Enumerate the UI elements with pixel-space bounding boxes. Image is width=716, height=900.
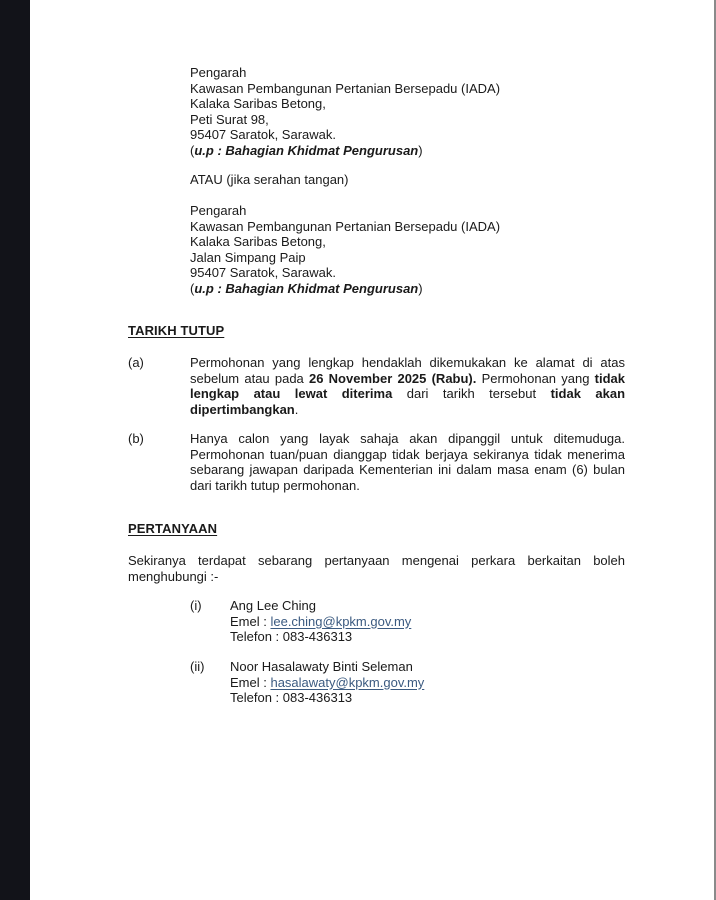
inquiries-intro: Sekiranya terdapat sebarang pertanyaan m… <box>128 553 625 584</box>
body-text: dari tarikh tersebut <box>392 386 550 401</box>
item-a-label: (a) <box>128 355 144 370</box>
contact-2: Noor Hasalawaty Binti Seleman Emel : has… <box>230 659 424 706</box>
address-line: 95407 Saratok, Sarawak. <box>190 265 500 281</box>
address-secondary: Pengarah Kawasan Pembangunan Pertanian B… <box>190 203 500 296</box>
address-primary: Pengarah Kawasan Pembangunan Pertanian B… <box>190 65 500 158</box>
address-line: Jalan Simpang Paip <box>190 250 500 266</box>
body-text: . <box>295 402 299 417</box>
item-a-text: Permohonan yang lengkap hendaklah dikemu… <box>190 355 625 417</box>
contact-phone-row: Telefon : 083-436313 <box>230 690 424 706</box>
address-attention: (u.p : Bahagian Khidmat Pengurusan) <box>190 143 500 159</box>
contact-2-label: (ii) <box>190 659 204 674</box>
address-line: Kalaka Saribas Betong, <box>190 234 500 250</box>
phone-number: 083-436313 <box>283 629 352 644</box>
address-line: Peti Surat 98, <box>190 112 500 128</box>
address-line: Kawasan Pembangunan Pertanian Bersepadu … <box>190 81 500 97</box>
closing-date-heading: TARIKH TUTUP <box>128 323 224 338</box>
emphasis-text: 26 November 2025 (Rabu). <box>309 371 476 386</box>
address-line: Pengarah <box>190 203 500 219</box>
viewer-left-margin <box>0 0 30 900</box>
body-text: Permohonan yang <box>476 371 594 386</box>
body-text: Hanya calon yang layak sahaja akan dipan… <box>190 431 625 493</box>
address-line: Kawasan Pembangunan Pertanian Bersepadu … <box>190 219 500 235</box>
contact-phone-row: Telefon : 083-436313 <box>230 629 411 645</box>
address-attention: (u.p : Bahagian Khidmat Pengurusan) <box>190 281 500 297</box>
contact-1: Ang Lee Ching Emel : lee.ching@kpkm.gov.… <box>230 598 411 645</box>
contact-email-row: Emel : lee.ching@kpkm.gov.my <box>230 614 411 630</box>
address-line: Kalaka Saribas Betong, <box>190 96 500 112</box>
contact-1-label: (i) <box>190 598 202 613</box>
document-page: Pengarah Kawasan Pembangunan Pertanian B… <box>30 0 714 900</box>
item-b-text: Hanya calon yang layak sahaja akan dipan… <box>190 431 625 493</box>
email-link[interactable]: hasalawaty@kpkm.gov.my <box>270 675 424 690</box>
phone-label: Telefon : <box>230 690 283 705</box>
email-label: Emel : <box>230 614 270 629</box>
inquiries-heading: PERTANYAAN <box>128 521 217 536</box>
address-line: 95407 Saratok, Sarawak. <box>190 127 500 143</box>
item-b-label: (b) <box>128 431 144 446</box>
phone-number: 083-436313 <box>283 690 352 705</box>
email-label: Emel : <box>230 675 270 690</box>
alternative-delivery-label: ATAU (jika serahan tangan) <box>190 172 348 188</box>
contact-name: Noor Hasalawaty Binti Seleman <box>230 659 424 675</box>
address-line: Pengarah <box>190 65 500 81</box>
contact-name: Ang Lee Ching <box>230 598 411 614</box>
contact-email-row: Emel : hasalawaty@kpkm.gov.my <box>230 675 424 691</box>
email-link[interactable]: lee.ching@kpkm.gov.my <box>270 614 411 629</box>
phone-label: Telefon : <box>230 629 283 644</box>
